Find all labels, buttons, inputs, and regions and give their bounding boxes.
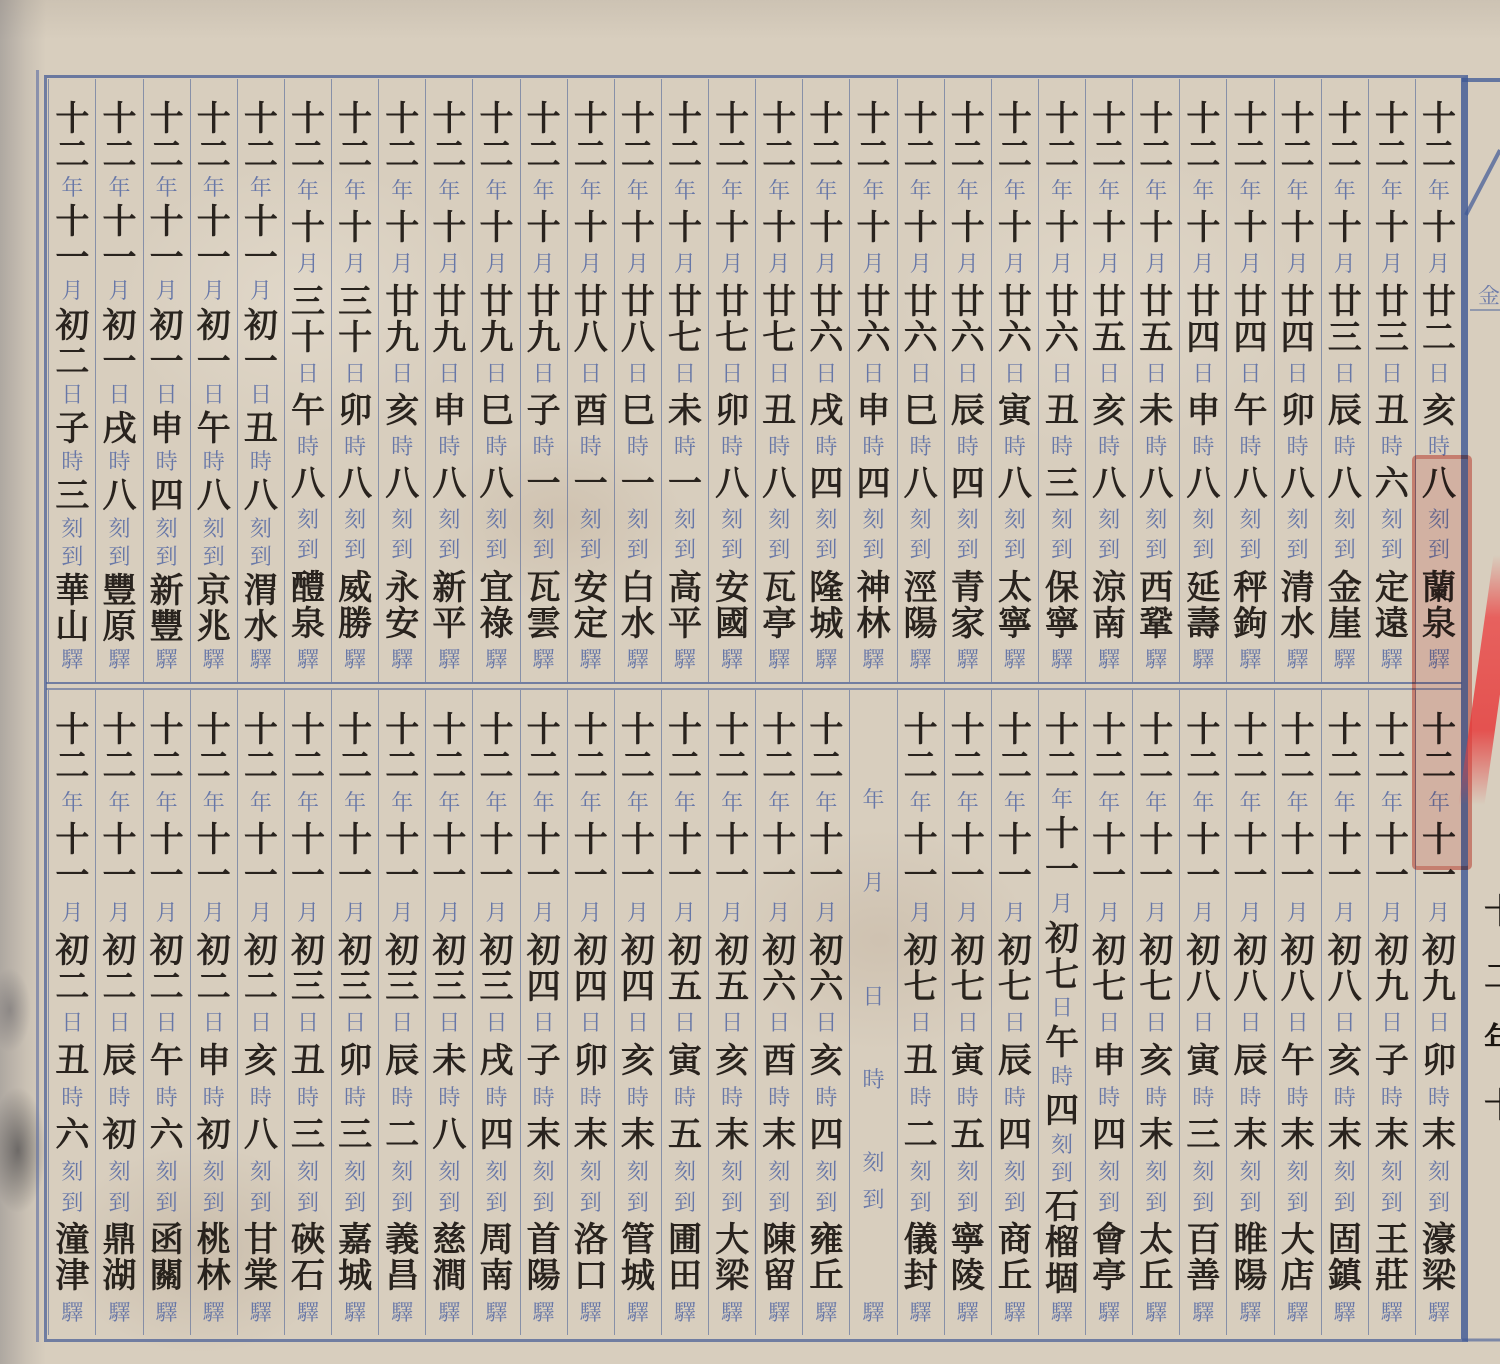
station-suffix-label: 驛 bbox=[721, 649, 743, 672]
year-label: 年 bbox=[438, 180, 460, 203]
year-label: 年 bbox=[768, 792, 790, 815]
ke-value: 一 bbox=[527, 466, 561, 502]
station-name: 涼南 bbox=[1092, 570, 1126, 642]
ke-value: 八 bbox=[1281, 466, 1315, 502]
station-name: 義昌 bbox=[385, 1222, 419, 1294]
day-value: 廿七 bbox=[668, 284, 702, 356]
station-suffix-label: 驛 bbox=[1145, 1302, 1167, 1325]
year-label: 年 bbox=[485, 792, 507, 815]
day-label: 日 bbox=[910, 1012, 932, 1035]
year-label: 年 bbox=[815, 792, 837, 815]
year-value: 十二 bbox=[998, 712, 1032, 784]
station-suffix-label: 驛 bbox=[1051, 1302, 1073, 1325]
day-value: 廿六 bbox=[998, 284, 1032, 356]
hour-value: 亥 bbox=[715, 1043, 749, 1079]
year-value bbox=[856, 712, 890, 776]
day-label: 日 bbox=[674, 1012, 696, 1035]
hour-value: 丑 bbox=[762, 393, 796, 429]
ke-value: 八 bbox=[1139, 466, 1173, 502]
station-name: 陳留 bbox=[762, 1222, 796, 1294]
record-column: 十二 年 十一 月 初二 日 亥 時 八 刻 到 甘棠 驛 bbox=[237, 690, 284, 1335]
station-suffix-label: 驛 bbox=[1381, 649, 1403, 672]
day-label: 日 bbox=[438, 1012, 460, 1035]
day-value: 三十 bbox=[338, 284, 372, 356]
record-column: 十二 年 十一 月 初四 日 卯 時 末 刻 到 洛口 驛 bbox=[567, 690, 614, 1335]
station-name: 函關 bbox=[150, 1222, 184, 1294]
day-value: 三十 bbox=[291, 284, 325, 356]
month-label: 月 bbox=[957, 253, 979, 276]
year-value: 十二 bbox=[715, 101, 749, 173]
ke-value: 八 bbox=[1186, 466, 1220, 502]
day-label: 日 bbox=[1098, 1012, 1120, 1035]
record-column: 十二 年 十一 月 初三 日 辰 時 二 刻 到 義昌 驛 bbox=[378, 690, 425, 1335]
year-value: 十二 bbox=[197, 101, 231, 173]
station-name: 渭水 bbox=[244, 573, 278, 645]
ke-value: 一 bbox=[668, 466, 702, 502]
day-label: 日 bbox=[862, 986, 884, 1009]
station-suffix-label: 驛 bbox=[344, 1302, 366, 1325]
record-column: 十二 年 十一 月 初八 日 亥 時 末 刻 到 固鎮 驛 bbox=[1321, 690, 1368, 1335]
year-label: 年 bbox=[250, 177, 272, 200]
month-value: 十一 bbox=[998, 822, 1032, 894]
hour-value: 寅 bbox=[1186, 1043, 1220, 1079]
hour-label: 時 bbox=[1334, 1087, 1356, 1110]
hour-label: 時 bbox=[391, 1087, 413, 1110]
hour-label: 時 bbox=[156, 1087, 178, 1110]
day-value: 初三 bbox=[432, 933, 466, 1005]
month-value: 十一 bbox=[150, 822, 184, 894]
year-label: 年 bbox=[1334, 792, 1356, 815]
day-label: 日 bbox=[1004, 363, 1026, 386]
month-label: 月 bbox=[1381, 253, 1403, 276]
month-label: 月 bbox=[1192, 902, 1214, 925]
arrive-label: 到 bbox=[957, 1192, 979, 1215]
hour-value: 亥 bbox=[809, 1043, 843, 1079]
arrive-label: 到 bbox=[533, 1192, 555, 1215]
month-label: 月 bbox=[1428, 253, 1450, 276]
hour-label: 時 bbox=[627, 436, 649, 459]
arrive-label: 到 bbox=[438, 539, 460, 562]
month-value: 十 bbox=[668, 210, 702, 246]
station-suffix-label: 驛 bbox=[533, 649, 555, 672]
station-name bbox=[856, 1225, 890, 1289]
ke-value: 八 bbox=[338, 466, 372, 502]
hour-value: 午 bbox=[1233, 393, 1267, 429]
record-column: 十二 年 十 月 廿七 日 卯 時 八 刻 到 安國 驛 bbox=[708, 79, 755, 682]
ke-label: 刻 bbox=[862, 1152, 884, 1175]
arrive-label: 到 bbox=[580, 539, 602, 562]
day-value: 初二 bbox=[244, 933, 278, 1005]
ke-value: 末 bbox=[715, 1117, 749, 1153]
hour-value: 丑 bbox=[291, 1043, 325, 1079]
year-value: 十二 bbox=[1092, 712, 1126, 784]
record-column: 十二 年 十 月 三十 日 卯 時 八 刻 到 威勝 驛 bbox=[331, 79, 378, 682]
month-label: 月 bbox=[391, 902, 413, 925]
station-name: 京兆 bbox=[197, 573, 231, 645]
ke-label: 刻 bbox=[108, 1161, 130, 1184]
month-value: 十 bbox=[856, 210, 890, 246]
record-column: 十二 年 十一 月 初二 日 申 時 初 刻 到 桃林 驛 bbox=[190, 690, 237, 1335]
month-value: 十 bbox=[621, 210, 655, 246]
arrive-label: 到 bbox=[203, 1192, 225, 1215]
ke-label: 刻 bbox=[156, 518, 178, 541]
ke-value: 四 bbox=[1092, 1117, 1126, 1153]
station-suffix-label: 驛 bbox=[1145, 649, 1167, 672]
hour-label: 時 bbox=[297, 436, 319, 459]
arrive-label: 到 bbox=[1428, 1192, 1450, 1215]
hour-value: 亥 bbox=[244, 1043, 278, 1079]
month-value: 十一 bbox=[1233, 822, 1267, 894]
arrive-label: 到 bbox=[391, 1192, 413, 1215]
ke-value: 八 bbox=[998, 466, 1032, 502]
hour-label: 時 bbox=[815, 1087, 837, 1110]
year-label: 年 bbox=[1051, 180, 1073, 203]
record-column: 十二 年 十一 月 初八 日 辰 時 末 刻 到 睢陽 驛 bbox=[1226, 690, 1273, 1335]
arrive-label: 到 bbox=[344, 539, 366, 562]
hour-label: 時 bbox=[768, 436, 790, 459]
station-suffix-label: 驛 bbox=[250, 1302, 272, 1325]
station-suffix-label: 驛 bbox=[344, 649, 366, 672]
hour-value: 寅 bbox=[998, 393, 1032, 429]
station-suffix-label: 驛 bbox=[391, 1302, 413, 1325]
record-column: 十二 年 十 月 三十 日 午 時 八 刻 到 醴泉 驛 bbox=[284, 79, 331, 682]
station-suffix-label: 驛 bbox=[485, 1302, 507, 1325]
hour-label: 時 bbox=[862, 436, 884, 459]
ke-value: 八 bbox=[244, 478, 278, 514]
record-column: 十二 年 十 月 廿六 日 辰 時 四 刻 到 青家 驛 bbox=[944, 79, 991, 682]
day-label: 日 bbox=[250, 384, 272, 407]
day-value: 初三 bbox=[479, 933, 513, 1005]
month-label: 月 bbox=[1192, 253, 1214, 276]
ke-value: 三 bbox=[338, 1117, 372, 1153]
month-value: 十一 bbox=[102, 204, 136, 276]
ke-label: 刻 bbox=[721, 1161, 743, 1184]
year-label: 年 bbox=[1192, 792, 1214, 815]
month-label: 月 bbox=[768, 253, 790, 276]
day-label: 日 bbox=[1145, 1012, 1167, 1035]
day-label: 日 bbox=[957, 1012, 979, 1035]
station-name: 桃林 bbox=[197, 1222, 231, 1294]
month-value: 十一 bbox=[1186, 822, 1220, 894]
month-value: 十 bbox=[715, 210, 749, 246]
year-label: 年 bbox=[862, 789, 884, 812]
day-value: 廿九 bbox=[385, 284, 419, 356]
month-value: 十 bbox=[1281, 210, 1315, 246]
year-label: 年 bbox=[1428, 180, 1450, 203]
ke-label: 刻 bbox=[768, 509, 790, 532]
station-name: 硤石 bbox=[291, 1222, 325, 1294]
ke-label: 刻 bbox=[768, 1161, 790, 1184]
hour-label: 時 bbox=[1145, 436, 1167, 459]
day-value: 初九 bbox=[1422, 933, 1456, 1005]
month-label: 月 bbox=[533, 902, 555, 925]
hour-value: 寅 bbox=[951, 1043, 985, 1079]
ke-value: 五 bbox=[668, 1117, 702, 1153]
month-value: 十一 bbox=[244, 204, 278, 276]
station-name: 商丘 bbox=[998, 1222, 1032, 1294]
record-column: 十二 年 十一 月 初七 日 丑 時 二 刻 到 儀封 驛 bbox=[897, 690, 944, 1335]
hour-label: 時 bbox=[910, 1087, 932, 1110]
year-value: 十二 bbox=[338, 101, 372, 173]
arrive-label: 到 bbox=[485, 539, 507, 562]
month-value: 十一 bbox=[385, 822, 419, 894]
hour-value: 酉 bbox=[574, 393, 608, 429]
station-name: 宜祿 bbox=[479, 570, 513, 642]
station-name: 睢陽 bbox=[1233, 1222, 1267, 1294]
day-label: 日 bbox=[1239, 363, 1261, 386]
hour-label: 時 bbox=[61, 1087, 83, 1110]
ke-label: 刻 bbox=[250, 1161, 272, 1184]
station-suffix-label: 驛 bbox=[250, 649, 272, 672]
month-value: 十一 bbox=[715, 822, 749, 894]
year-value: 十二 bbox=[574, 712, 608, 784]
day-value: 初八 bbox=[1233, 933, 1267, 1005]
year-value: 十二 bbox=[1328, 101, 1362, 173]
ke-value: 末 bbox=[1422, 1117, 1456, 1153]
year-value: 十二 bbox=[150, 101, 184, 173]
ke-label: 刻 bbox=[862, 509, 884, 532]
day-value: 廿五 bbox=[1092, 284, 1126, 356]
arrive-label: 到 bbox=[108, 1192, 130, 1215]
day-label: 日 bbox=[1428, 363, 1450, 386]
ke-value: 初 bbox=[197, 1117, 231, 1153]
station-suffix-label: 驛 bbox=[108, 1302, 130, 1325]
hour-label: 時 bbox=[533, 1087, 555, 1110]
day-label: 日 bbox=[438, 363, 460, 386]
arrive-label: 到 bbox=[1145, 539, 1167, 562]
record-column: 十二 年 十 月 廿九 日 申 時 八 刻 到 新平 驛 bbox=[425, 79, 472, 682]
year-value: 十二 bbox=[1186, 101, 1220, 173]
station-suffix-label: 驛 bbox=[1004, 1302, 1026, 1325]
ke-label: 刻 bbox=[1145, 509, 1167, 532]
hour-value: 辰 bbox=[1328, 393, 1362, 429]
hour-value: 申 bbox=[1186, 393, 1220, 429]
arrive-label: 到 bbox=[297, 1192, 319, 1215]
station-name: 太丘 bbox=[1139, 1222, 1173, 1294]
station-name: 洛口 bbox=[574, 1222, 608, 1294]
day-label: 日 bbox=[910, 363, 932, 386]
ke-label: 刻 bbox=[910, 1161, 932, 1184]
day-value: 廿九 bbox=[479, 284, 513, 356]
hour-label: 時 bbox=[203, 1087, 225, 1110]
record-column: 十二 年 十一 月 初七 日 辰 時 四 刻 到 商丘 驛 bbox=[991, 690, 1038, 1335]
record-column: 十二 年 十一 月 初四 日 亥 時 末 刻 到 管城 驛 bbox=[614, 690, 661, 1335]
record-column: 十二 年 十一 月 初一 日 午 時 八 刻 到 京兆 驛 bbox=[190, 79, 237, 682]
year-value: 十二 bbox=[621, 101, 655, 173]
record-column: 十二 年 十一 月 初五 日 寅 時 五 刻 到 圃田 驛 bbox=[661, 690, 708, 1335]
year-value: 十二 bbox=[668, 712, 702, 784]
day-label: 日 bbox=[297, 1012, 319, 1035]
ke-label: 刻 bbox=[203, 1161, 225, 1184]
ke-value: 四 bbox=[150, 478, 184, 514]
hour-value: 申 bbox=[150, 411, 184, 447]
hour-value: 午 bbox=[150, 1043, 184, 1079]
day-label: 日 bbox=[1381, 1012, 1403, 1035]
ke-label: 刻 bbox=[815, 509, 837, 532]
ke-label: 刻 bbox=[957, 1161, 979, 1184]
station-name: 安定 bbox=[574, 570, 608, 642]
arrive-label: 到 bbox=[391, 539, 413, 562]
month-value: 十一 bbox=[1328, 822, 1362, 894]
hour-label: 時 bbox=[815, 436, 837, 459]
year-value: 十二 bbox=[479, 712, 513, 784]
day-value: 廿九 bbox=[527, 284, 561, 356]
day-value: 廿四 bbox=[1186, 284, 1220, 356]
hour-value: 未 bbox=[1139, 393, 1173, 429]
station-suffix-label: 驛 bbox=[815, 1302, 837, 1325]
ke-label: 刻 bbox=[485, 509, 507, 532]
day-value: 廿六 bbox=[809, 284, 843, 356]
station-suffix-label: 驛 bbox=[391, 649, 413, 672]
station-name: 新平 bbox=[432, 570, 466, 642]
hour-label: 時 bbox=[485, 1087, 507, 1110]
month-label: 月 bbox=[438, 902, 460, 925]
ke-value: 八 bbox=[385, 466, 419, 502]
month-label: 月 bbox=[203, 280, 225, 303]
station-name: 白水 bbox=[621, 570, 655, 642]
station-suffix-label: 驛 bbox=[862, 649, 884, 672]
station-name: 儀封 bbox=[904, 1222, 938, 1294]
record-column: 十二 年 十一 月 初六 日 酉 時 末 刻 到 陳留 驛 bbox=[755, 690, 802, 1335]
month-value: 十一 bbox=[479, 822, 513, 894]
station-suffix-label: 驛 bbox=[297, 649, 319, 672]
month-label: 月 bbox=[862, 253, 884, 276]
ke-label: 刻 bbox=[1239, 509, 1261, 532]
station-name: 管城 bbox=[621, 1222, 655, 1294]
year-label: 年 bbox=[108, 177, 130, 200]
hour-value: 巳 bbox=[904, 393, 938, 429]
record-column: 十二 年 十 月 廿三 日 丑 時 六 刻 到 定遠 驛 bbox=[1368, 79, 1415, 682]
ke-label: 刻 bbox=[674, 1161, 696, 1184]
year-value: 十二 bbox=[102, 101, 136, 173]
arrive-label: 到 bbox=[862, 1189, 884, 1212]
year-value: 十二 bbox=[527, 101, 561, 173]
hour-value: 申 bbox=[856, 393, 890, 429]
month-value: 十 bbox=[1375, 210, 1409, 246]
hour-value: 亥 bbox=[1092, 393, 1126, 429]
hour-label: 時 bbox=[1192, 1087, 1214, 1110]
station-suffix-label: 驛 bbox=[1428, 1302, 1450, 1325]
record-column: 十二 年 十 月 廿九 日 亥 時 八 刻 到 永安 驛 bbox=[378, 79, 425, 682]
year-value: 十二 bbox=[1092, 101, 1126, 173]
hour-label: 時 bbox=[1004, 1087, 1026, 1110]
ke-label: 刻 bbox=[533, 509, 555, 532]
day-value: 初七 bbox=[1092, 933, 1126, 1005]
year-value: 十二 bbox=[385, 101, 419, 173]
ke-value: 八 bbox=[432, 466, 466, 502]
record-column: 十二 年 十 月 廿七 日 丑 時 八 刻 到 瓦亭 驛 bbox=[755, 79, 802, 682]
month-label: 月 bbox=[1239, 253, 1261, 276]
station-suffix-label: 驛 bbox=[674, 649, 696, 672]
hour-value: 辰 bbox=[998, 1043, 1032, 1079]
station-name: 秤鉤 bbox=[1233, 570, 1267, 642]
hour-value: 戌 bbox=[102, 411, 136, 447]
station-name: 定遠 bbox=[1375, 570, 1409, 642]
station-suffix-label: 驛 bbox=[108, 649, 130, 672]
month-value: 十一 bbox=[244, 822, 278, 894]
year-label: 年 bbox=[1004, 792, 1026, 815]
hour-label: 時 bbox=[674, 436, 696, 459]
month-value: 十 bbox=[809, 210, 843, 246]
day-value: 廿六 bbox=[904, 284, 938, 356]
hour-value: 辰 bbox=[385, 1043, 419, 1079]
month-value bbox=[856, 825, 890, 859]
station-suffix-label: 驛 bbox=[533, 1302, 555, 1325]
hour-value: 卯 bbox=[338, 1043, 372, 1079]
hour-label: 時 bbox=[1239, 1087, 1261, 1110]
ke-label: 刻 bbox=[580, 509, 602, 532]
station-suffix-label: 驛 bbox=[61, 649, 83, 672]
year-value: 十二 bbox=[856, 101, 890, 173]
day-label: 日 bbox=[61, 1012, 83, 1035]
day-label: 日 bbox=[1192, 1012, 1214, 1035]
year-label: 年 bbox=[344, 180, 366, 203]
arrive-label: 到 bbox=[1004, 1192, 1026, 1215]
hour-value: 戌 bbox=[479, 1043, 513, 1079]
day-value: 初四 bbox=[574, 933, 608, 1005]
day-value: 初三 bbox=[338, 933, 372, 1005]
month-label: 月 bbox=[297, 253, 319, 276]
year-label: 年 bbox=[485, 180, 507, 203]
ke-label: 刻 bbox=[250, 518, 272, 541]
record-column: 十二 年 十 月 廿六 日 申 時 四 刻 到 神林 驛 bbox=[849, 79, 896, 682]
ke-value: 一 bbox=[574, 466, 608, 502]
ke-label: 刻 bbox=[533, 1161, 555, 1184]
hour-value: 子 bbox=[527, 393, 561, 429]
day-label: 日 bbox=[108, 384, 130, 407]
day-value: 初九 bbox=[1375, 933, 1409, 1005]
hour-label: 時 bbox=[61, 451, 83, 474]
record-column: 十二 年 十一 月 初八 日 寅 時 三 刻 到 百善 驛 bbox=[1179, 690, 1226, 1335]
hour-label: 時 bbox=[250, 451, 272, 474]
year-label: 年 bbox=[721, 792, 743, 815]
ke-label: 刻 bbox=[391, 1161, 413, 1184]
day-label: 日 bbox=[768, 363, 790, 386]
hour-label: 時 bbox=[108, 451, 130, 474]
record-column: 十二 年 十一 月 初三 日 戌 時 四 刻 到 周南 驛 bbox=[472, 690, 519, 1335]
day-label: 日 bbox=[580, 1012, 602, 1035]
month-value: 十 bbox=[1422, 210, 1456, 246]
record-column: 十二 年 十 月 廿五 日 亥 時 八 刻 到 涼南 驛 bbox=[1085, 79, 1132, 682]
ke-value: 三 bbox=[55, 478, 89, 514]
red-seal-stamp bbox=[1412, 455, 1472, 870]
day-value: 廿四 bbox=[1233, 284, 1267, 356]
ke-value: 八 bbox=[1328, 466, 1362, 502]
hour-label: 時 bbox=[344, 436, 366, 459]
station-suffix-label: 驛 bbox=[580, 1302, 602, 1325]
hour-label: 時 bbox=[721, 436, 743, 459]
day-value: 初七 bbox=[1045, 921, 1079, 993]
station-suffix-label: 驛 bbox=[1004, 649, 1026, 672]
year-label: 年 bbox=[1004, 180, 1026, 203]
year-value: 十二 bbox=[1281, 101, 1315, 173]
hour-label: 時 bbox=[438, 436, 460, 459]
margin-print-fragment: 金 bbox=[1478, 285, 1500, 309]
month-label: 月 bbox=[1428, 902, 1450, 925]
year-label: 年 bbox=[674, 180, 696, 203]
hour-value: 卯 bbox=[1422, 1043, 1456, 1079]
record-column: 十二 年 十一 月 初一 日 丑 時 八 刻 到 渭水 驛 bbox=[237, 79, 284, 682]
hour-label: 時 bbox=[391, 436, 413, 459]
day-value: 廿七 bbox=[715, 284, 749, 356]
year-label: 年 bbox=[1381, 180, 1403, 203]
year-value: 十二 bbox=[1139, 101, 1173, 173]
hour-value: 亥 bbox=[385, 393, 419, 429]
hour-value: 巳 bbox=[621, 393, 655, 429]
day-value: 廿六 bbox=[951, 284, 985, 356]
day-value: 初一 bbox=[244, 308, 278, 380]
record-column: 十二 年 十一 月 初二 日 丑 時 六 刻 到 潼津 驛 bbox=[48, 690, 95, 1335]
